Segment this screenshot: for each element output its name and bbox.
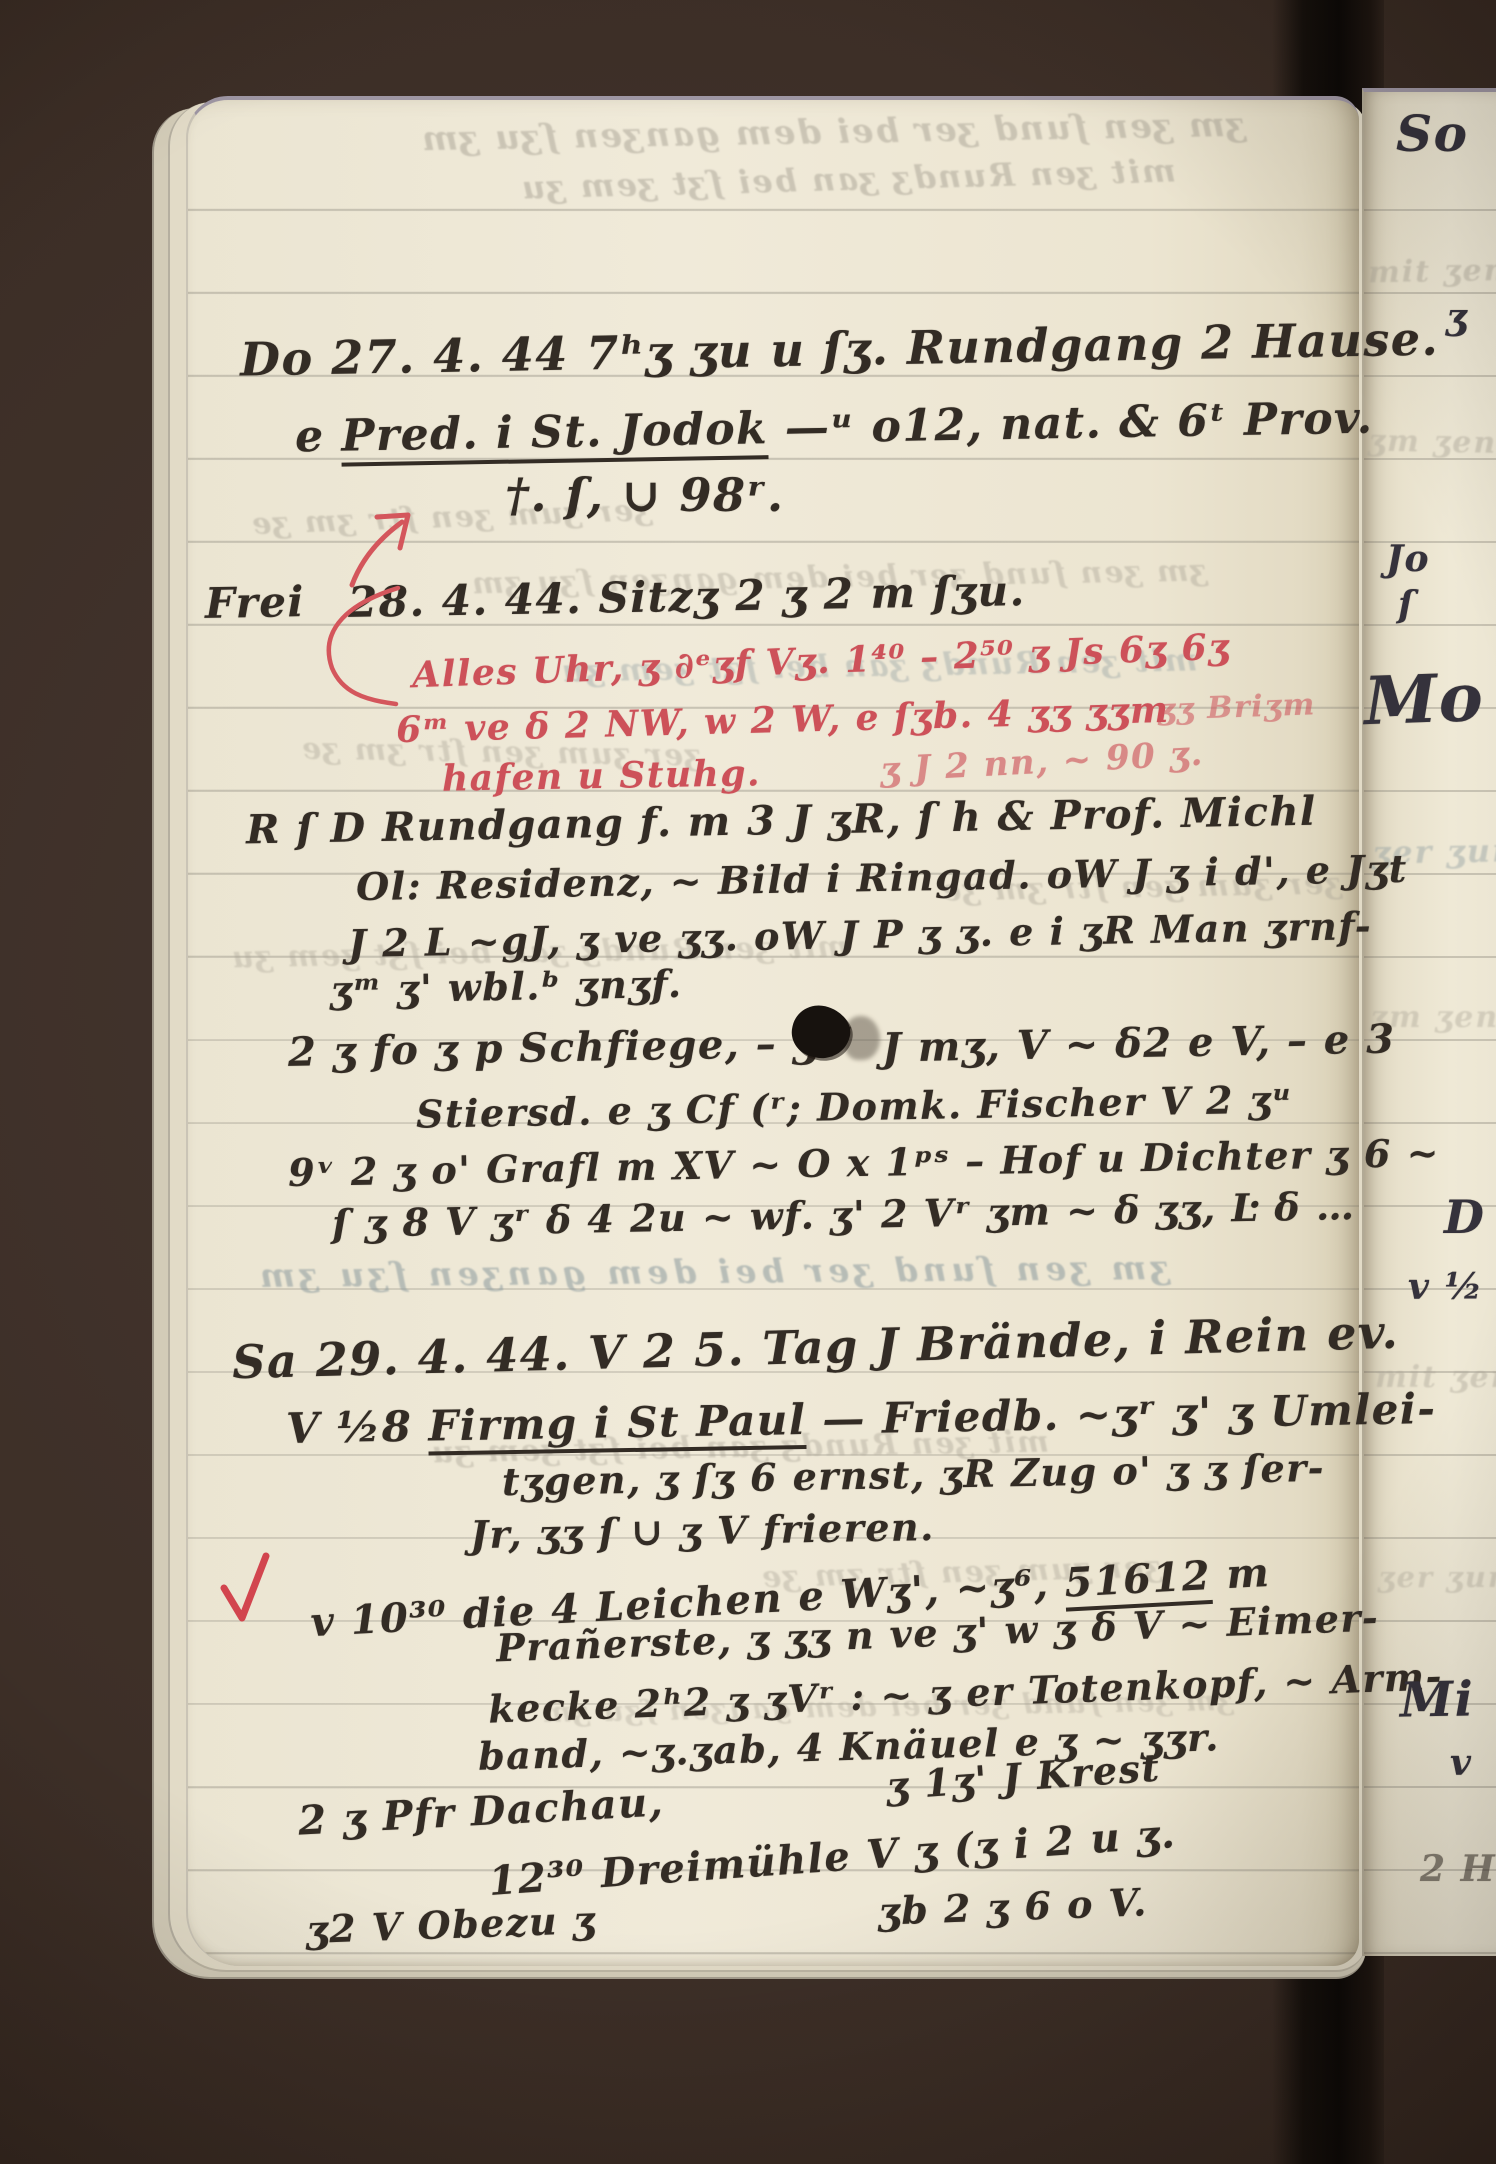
ghost-writing-line: ʒm ʒen ſund ʒer bei dem ganʒen ſʒu ʒm bbox=[255, 1248, 1170, 1295]
schfiege-line-right: J mʒ, V ~ δ2 e V, – e 3 bbox=[882, 1016, 1396, 1072]
ghost-writing-line: ʒer ʒum ʒen ſtr ʒm ʒe bbox=[1378, 1560, 1496, 1594]
entry-do-27-4-44-line-3: †. ſ, ∪ 98ʳ. bbox=[505, 468, 785, 522]
rundgang-line-4: ʒᵐ ʒ' wbl.ᵇ ʒnʒf. bbox=[330, 961, 683, 1012]
line-segment: m bbox=[1210, 1549, 1272, 1599]
red-ghost-fragment: ʒʒ Briʒm bbox=[1157, 687, 1316, 727]
right-page-fragment: Jo bbox=[1386, 538, 1430, 580]
line-segment: e bbox=[295, 411, 342, 463]
underlined-phrase-firmg-st-paul: Firmg i St Paul bbox=[428, 1395, 807, 1456]
right-page-fragment: 2 H bbox=[1420, 1848, 1496, 1890]
entry-sa-29-4-44-line-4: Jr, ʒʒ ſ ∪ ʒ V frieren. bbox=[470, 1504, 936, 1557]
right-page-fragment: v ½ bbox=[1408, 1266, 1484, 1308]
underlined-phrase-pred-st-jodok: Pred. i St. Jodok bbox=[341, 403, 769, 466]
entry-frei-28-4-44-day: Frei bbox=[205, 577, 306, 628]
diary-scan-photograph: ʒm ʒen ſund ʒer bei dem ganʒen ſʒu ʒm mi… bbox=[0, 0, 1496, 2164]
line-segment: V ½8 bbox=[286, 1402, 429, 1453]
line-segment: —ᵘ o12, nat. & 6ᵗ Prov. bbox=[768, 393, 1374, 455]
right-page-mi-heading: Mi bbox=[1400, 1671, 1475, 1728]
right-page-fragment: ſ bbox=[1398, 584, 1415, 626]
red-note-line-3: hafen u Stuhg. bbox=[442, 752, 762, 800]
right-page-so-heading: So bbox=[1396, 104, 1468, 163]
right-page-fragment: v bbox=[1450, 1742, 1472, 1784]
right-page-fragment: ʒ bbox=[1446, 296, 1468, 338]
right-page-fragment: D bbox=[1444, 1190, 1485, 1244]
closing-shorthand-fragment: ʒb 2 ʒ 6 o V. bbox=[877, 1879, 1148, 1933]
schfiege-line-left: 2 ʒ fo ʒ p Schfiege, – ʒV bbox=[288, 1019, 850, 1076]
right-page-mo-heading: Mo bbox=[1363, 658, 1486, 740]
